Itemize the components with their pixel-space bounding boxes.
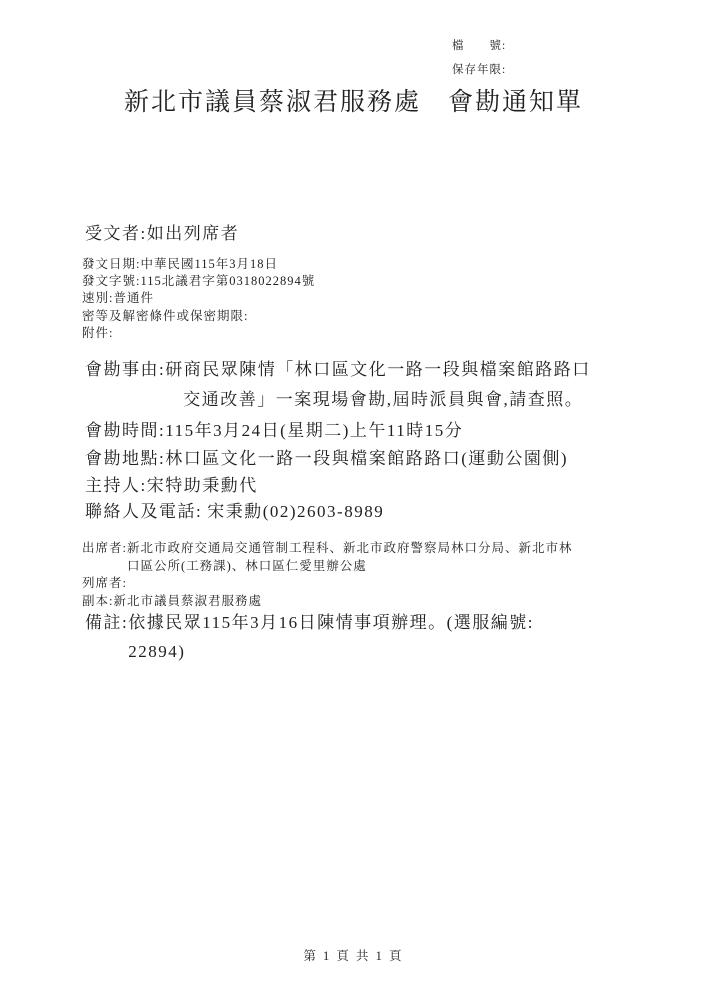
attendees-content: 新北市政府交通局交通管制工程科、新北市政府警察局林口分局、新北市林 口區公所(工…	[127, 540, 573, 575]
attendees-label: 出席者:	[82, 540, 127, 558]
dispatch-date-value: 中華民國115年3月18日	[140, 257, 278, 271]
recipient-label: 受文者:	[85, 224, 147, 243]
attendees-line1: 新北市政府交通局交通管制工程科、新北市政府警察局林口分局、新北市林	[127, 540, 573, 558]
dispatch-date-label: 發文日期:	[82, 257, 140, 271]
copy-to-label: 副本:	[82, 594, 113, 608]
retention-period-label: 保存年限:	[452, 58, 506, 82]
file-number-label: 檔 號:	[452, 34, 506, 58]
meeting-subject-line1: 研商民眾陳情「林口區文化一路一段與檔案館路路口	[165, 355, 591, 385]
meeting-location-row: 會勘地點:林口區文化一路一段與檔案館路路口(運動公園側)	[85, 444, 568, 469]
remarks-line2: 22894)	[128, 637, 534, 666]
contact-row: 聯絡人及電話:宋秉勳(02)2603-8989	[85, 497, 384, 522]
recipient-value: 如出列席者	[147, 224, 240, 243]
meeting-subject-label: 會勘事由:	[85, 355, 165, 385]
dispatch-number-value: 115北議君字第0318022894號	[140, 274, 315, 288]
meeting-time-value: 115年3月24日(星期二)上午11時15分	[165, 421, 463, 440]
meeting-subject-row: 會勘事由: 研商民眾陳情「林口區文化一路一段與檔案館路路口 交通改善」一案現場會…	[85, 355, 645, 415]
attachment-row: 附件:	[82, 325, 315, 342]
host-value: 宋特助秉勳代	[147, 476, 258, 495]
meeting-location-label: 會勘地點:	[85, 449, 165, 468]
page-title: 新北市議員蔡淑君服務處 會勘通知單	[0, 82, 707, 118]
host-row: 主持人:宋特助秉勳代	[85, 471, 258, 496]
dispatch-number-label: 發文字號:	[82, 274, 140, 288]
contact-label: 聯絡人及電話:	[85, 502, 202, 521]
security-class-label: 密等及解密條件或保密期限:	[82, 309, 248, 323]
file-number-block: 檔 號: 保存年限:	[452, 34, 506, 82]
document-page: 檔 號: 保存年限: 新北市議員蔡淑君服務處 會勘通知單 受文者:如出列席者 發…	[0, 0, 707, 1000]
speed-class-label: 速別:	[82, 291, 113, 305]
meeting-time-row: 會勘時間:115年3月24日(星期二)上午11時15分	[85, 416, 463, 441]
remarks-row: 備註: 依據民眾115年3月16日陳情事項辦理。(選服編號: 22894)	[85, 608, 625, 666]
copy-to-value: 新北市議員蔡淑君服務處	[113, 594, 262, 608]
participants-block: 出席者: 新北市政府交通局交通管制工程科、新北市政府警察局林口分局、新北市林 口…	[82, 540, 642, 610]
remarks-label: 備註:	[85, 608, 128, 637]
page-footer: 第 1 頁 共 1 頁	[0, 946, 707, 964]
meeting-subject-content: 研商民眾陳情「林口區文化一路一段與檔案館路路口 交通改善」一案現場會勘,屆時派員…	[165, 355, 591, 415]
meeting-subject-line2: 交通改善」一案現場會勘,屆時派員與會,請查照。	[165, 385, 591, 415]
security-class-row: 密等及解密條件或保密期限:	[82, 308, 315, 325]
recipient-row: 受文者:如出列席者	[85, 219, 239, 244]
dispatch-number-row: 發文字號:115北議君字第0318022894號	[82, 273, 315, 290]
speed-class-value: 普通件	[113, 291, 154, 305]
observers-label: 列席者:	[82, 576, 127, 590]
observers-row: 列席者:	[82, 575, 642, 593]
dispatch-date-row: 發文日期:中華民國115年3月18日	[82, 256, 315, 273]
meeting-location-value: 林口區文化一路一段與檔案館路路口(運動公園側)	[165, 449, 568, 468]
contact-value: 宋秉勳(02)2603-8989	[207, 502, 384, 521]
speed-class-row: 速別:普通件	[82, 290, 315, 307]
meeting-time-label: 會勘時間:	[85, 421, 165, 440]
dispatch-meta-block: 發文日期:中華民國115年3月18日 發文字號:115北議君字第03180228…	[82, 256, 315, 342]
attendees-row: 出席者: 新北市政府交通局交通管制工程科、新北市政府警察局林口分局、新北市林 口…	[82, 540, 642, 575]
remarks-line1: 依據民眾115年3月16日陳情事項辦理。(選服編號:	[128, 608, 534, 637]
host-label: 主持人:	[85, 476, 147, 495]
remarks-content: 依據民眾115年3月16日陳情事項辦理。(選服編號: 22894)	[128, 608, 534, 666]
attachment-label: 附件:	[82, 326, 113, 340]
attendees-line2: 口區公所(工務課)、林口區仁愛里辦公處	[127, 558, 573, 576]
